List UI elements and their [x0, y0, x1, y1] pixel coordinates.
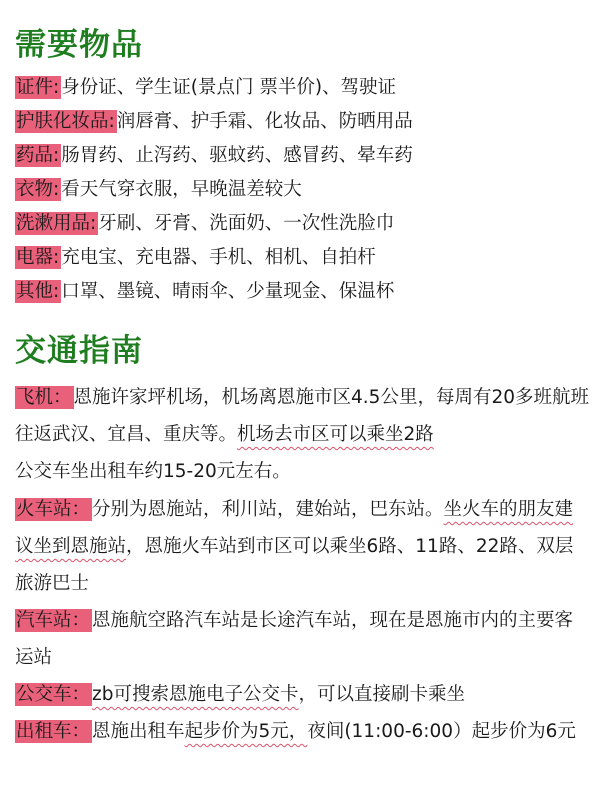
tag-label: 飞机： — [15, 386, 74, 409]
plane-highlight: 机场去市区可以乘坐2路 — [237, 424, 434, 445]
transport-taxi: 出租车：恩施出租车起步价为5元，夜间(11:00-6:00）起步价为6元 — [15, 713, 590, 750]
item-skincare: 护肤化妆品:润唇膏、护手霜、化妆品、防晒用品 — [15, 109, 589, 135]
heading-items-needed: 需要物品 — [15, 30, 143, 61]
taxi-text: 恩施出租车 — [92, 721, 185, 742]
item-text: 牙刷、牙膏、洗面奶、一次性洗脸巾 — [98, 213, 394, 234]
item-toiletries: 洗漱用品:牙刷、牙膏、洗面奶、一次性洗脸巾 — [15, 211, 589, 237]
bus-station-text: 恩施航空路汽车站是长途汽车站，现在是恩施市内的主要客运站 — [15, 610, 573, 668]
tag-label: 洗漱用品: — [15, 212, 98, 235]
heading-transport-guide: 交通指南 — [15, 336, 143, 367]
item-clothing: 衣物:看天气穿衣服，早晚温差较大 — [15, 177, 589, 203]
tag-label: 护肤化妆品: — [15, 110, 117, 133]
item-text: 口罩、墨镜、晴雨伞、少量现金、保温杯 — [61, 281, 394, 302]
item-medicine: 药品:肠胃药、止泻药、驱蚊药、感冒药、晕车药 — [15, 143, 589, 169]
taxi-text-2: 夜间(11:00-6:00）起步价为6元 — [307, 721, 576, 742]
taxi-highlight: 起步价为5元， — [185, 721, 308, 742]
tag-label: 证件: — [15, 76, 61, 99]
item-text: 身份证、学生证(景点门 票半价)、驾驶证 — [61, 77, 396, 98]
tag-label: 公交车： — [15, 683, 92, 706]
item-text: 润唇膏、护手霜、化妆品、防晒用品 — [117, 111, 413, 132]
tag-label: 衣物: — [15, 178, 61, 201]
tag-label: 出租车： — [15, 720, 92, 743]
plane-text-2: 公交车坐出租车约15-20元左右。 — [15, 461, 291, 482]
bus-text: ，可以直接刷卡乘坐 — [298, 684, 465, 705]
item-text: 肠胃药、止泻药、驱蚊药、感冒药、晕车药 — [61, 145, 413, 166]
item-electronics: 电器:充电宝、充电器、手机、相机、自拍杆 — [15, 245, 589, 271]
item-other: 其他:口罩、墨镜、晴雨伞、少量现金、保温杯 — [15, 279, 589, 305]
item-documents: 证件:身份证、学生证(景点门 票半价)、驾驶证 — [15, 75, 589, 101]
transport-bus: 公交车：zb可搜索恩施电子公交卡，可以直接刷卡乘坐 — [15, 676, 590, 713]
transport-plane: 飞机：恩施许家坪机场，机场离恩施市区4.5公里，每周有20多班航班往返武汉、宜昌… — [15, 379, 590, 490]
transport-train: 火车站：分别为恩施站，利川站，建始站，巴东站。坐火车的朋友建议坐到恩施站，恩施火… — [15, 491, 590, 602]
item-text: 看天气穿衣服，早晚温差较大 — [61, 179, 302, 200]
bus-highlight: zb可搜索恩施电子公交卡 — [92, 684, 298, 705]
transport-bus-station: 汽车站：恩施航空路汽车站是长途汽车站，现在是恩施市内的主要客运站 — [15, 602, 590, 676]
tag-label: 其他: — [15, 280, 61, 303]
tag-label: 药品: — [15, 144, 61, 167]
tag-label: 汽车站： — [15, 609, 92, 632]
tag-label: 火车站： — [15, 498, 92, 521]
tag-label: 电器: — [15, 246, 61, 269]
train-text: 分别为恩施站，利川站，建始站，巴东站。 — [92, 499, 444, 520]
item-text: 充电宝、充电器、手机、相机、自拍杆 — [61, 247, 376, 268]
